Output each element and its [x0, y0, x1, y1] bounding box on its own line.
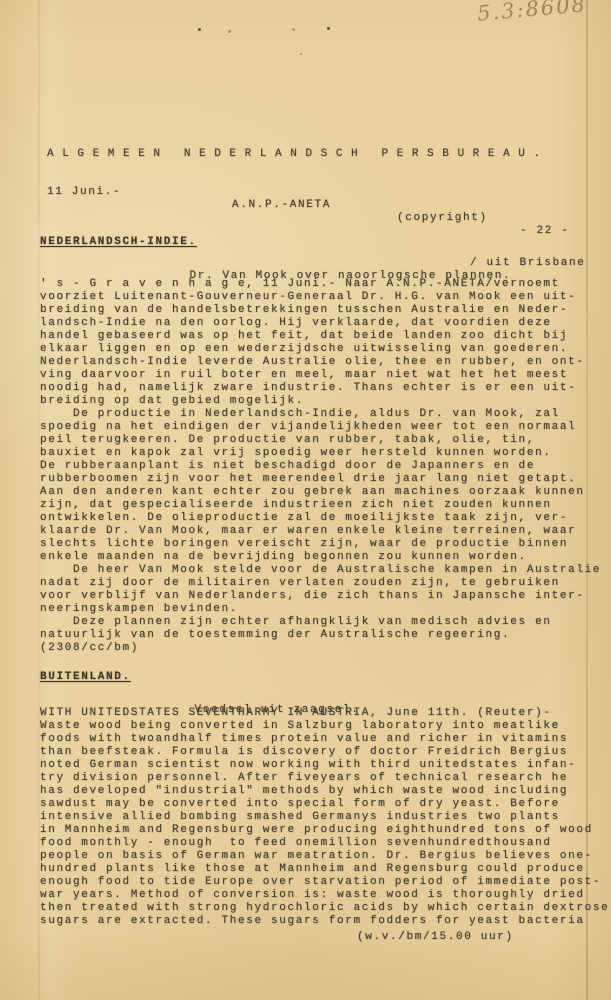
article-body: ' s - G r a v e n h a g e, 11 Juni.- Naa…	[40, 278, 601, 655]
section-heading: NEDERLANDSCH-INDIE.	[40, 236, 197, 249]
article-subheading-row: Voedsel uit zaagsel.	[40, 691, 600, 705]
ink-speck	[228, 30, 231, 33]
ink-speck	[327, 27, 330, 30]
article-subheading-row: Dr. Van Mook over naoorlogsche plannen. …	[40, 257, 600, 271]
page-number: - 22 -	[520, 225, 570, 238]
article-body: WITH UNITEDSTATES SEVENTHARMY IN AUSTRIA…	[40, 707, 609, 928]
ink-speck	[300, 53, 302, 55]
issue-date: 11 Juni.-	[47, 186, 121, 199]
press-header-row: 11 Juni.- A.N.P.-ANETA (copyright) - 22 …	[47, 173, 587, 187]
margin-note-origin: / uit Brisbane	[470, 257, 586, 270]
ink-speck	[198, 28, 201, 31]
wire-service-name: A.N.P.-ANETA	[232, 199, 331, 212]
section-heading: BUITENLAND.	[40, 671, 131, 684]
copyright-notice: (copyright)	[397, 212, 488, 225]
signoff-line: (w.v./bm/15.00 uur)	[357, 931, 514, 944]
ink-speck	[292, 28, 295, 31]
scanned-press-bulletin-page: 5.3:8608 A L G E M E E N N E D E R L A N…	[0, 0, 611, 1000]
agency-name: A L G E M E E N N E D E R L A N D S C H …	[47, 148, 541, 161]
handwritten-archive-number: 5.3:8608	[476, 0, 588, 26]
